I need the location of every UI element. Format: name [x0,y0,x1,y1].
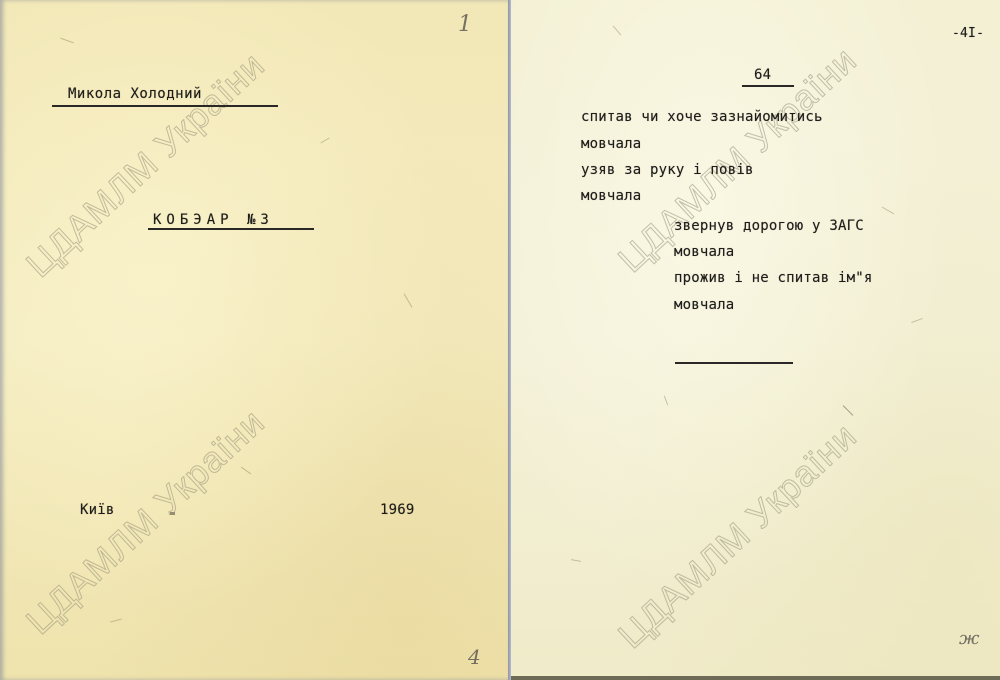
paper-fiber [664,396,668,406]
paper-fiber [571,559,581,562]
paper-fiber [320,138,329,144]
document-title: КОБЭАР №3 [153,212,274,228]
poem-line: прожив і не спитав ім"я [674,270,872,286]
paper-fiber [911,318,923,323]
author-underline [52,105,278,107]
watermark: ЦДАМЛМ України [18,44,273,286]
paper-fiber [613,26,621,36]
handwritten-page-mark: 1 [458,12,472,37]
handwritten-mark: ж [959,628,979,649]
poem-line: спитав чи хоче зазнайомитись [581,109,823,125]
title-underline [148,228,314,230]
poem-number-underline [742,85,794,87]
poem-line: мовчала [581,188,641,204]
paper-fiber [241,467,251,475]
paper-fiber [404,293,413,307]
watermark: ЦДАМЛМ України [18,401,273,643]
poem-line: мовчала [674,244,734,260]
poem-line: мовчала [674,297,734,313]
publication-year: 1969 [380,502,415,518]
watermark: ЦДАМЛМ України [610,39,865,281]
page-bottom-edge [511,676,1000,680]
publication-place: Київ [80,502,115,518]
page-number: -4I- [952,26,984,41]
paper-fiber [882,207,895,215]
watermark: ЦДАМЛМ України [610,415,865,657]
paper-fiber [110,618,122,622]
author-name: Микола Холодний [68,86,202,102]
poem-line: мовчала [581,136,641,152]
poem-number: 64 [754,67,771,83]
paper-fiber [60,38,73,44]
handwritten-folio-mark: 4 [468,645,481,669]
paper-fiber [843,405,854,416]
poem-line: звернув дорогою у ЗАГС [674,218,864,234]
left-page: ЦДАМЛМ України ЦДАМЛМ України 1 Микола Х… [0,0,508,680]
section-end-rule [675,362,793,364]
right-page: ЦДАМЛМ України ЦДАМЛМ України -4I- 64 сп… [511,0,1000,680]
poem-line: узяв за руку і повів [581,162,754,178]
